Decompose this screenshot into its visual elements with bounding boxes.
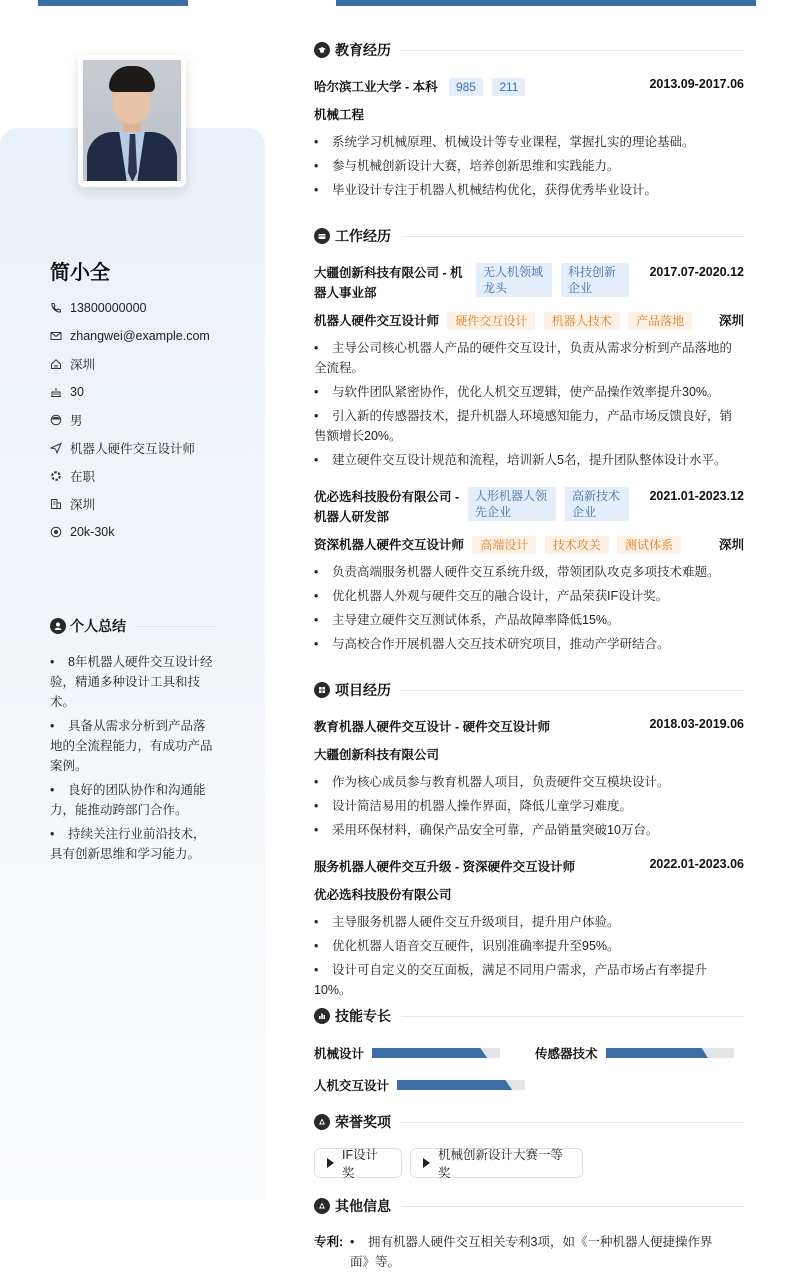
work-title: 工作经历 bbox=[335, 226, 391, 246]
other-section-header: 其他信息 bbox=[314, 1196, 744, 1216]
job-date: 2021.01-2023.12 bbox=[649, 487, 744, 505]
info-phone: 13800000000 bbox=[50, 294, 210, 322]
list-item: •作为核心成员参与教育机器人项目，负责硬件交互模块设计。 bbox=[314, 772, 744, 792]
school-tag: 211 bbox=[492, 78, 525, 96]
play-triangle-icon bbox=[423, 1158, 430, 1168]
status-icon bbox=[50, 470, 62, 482]
company-name: 优必选科技股份有限公司 - 机器人研发部 bbox=[314, 487, 464, 527]
list-item: •采用环保材料，确保产品安全可靠，产品销量突破10万台。 bbox=[314, 820, 744, 840]
divider bbox=[401, 1122, 744, 1123]
info-status: 在职 bbox=[50, 462, 210, 490]
divider bbox=[401, 1016, 744, 1017]
skill-item: 机械设计 bbox=[314, 1044, 500, 1062]
list-item: •与软件团队紧密协作，优化人机交互逻辑，使产品操作效率提升30%。 bbox=[314, 382, 744, 402]
projects-title: 项目经历 bbox=[335, 680, 391, 700]
contact-info-list: 13800000000 zhangwei@example.com 深圳 30 男… bbox=[50, 294, 210, 546]
job-city: 深圳 bbox=[719, 311, 744, 329]
award-label: IF设计奖 bbox=[342, 1145, 389, 1181]
skill-name: 机械设计 bbox=[314, 1044, 364, 1062]
award-label: 机械创新设计大赛一等奖 bbox=[438, 1145, 570, 1181]
skill-level-fill bbox=[606, 1048, 708, 1058]
job-bullets: •负责高端服务机器人硬件交互系统升级，带领团队攻克多项技术难题。 •优化机器人外… bbox=[314, 562, 744, 658]
info-email: zhangwei@example.com bbox=[50, 322, 210, 350]
list-item: •良好的团队协作和沟通能力，能推动跨部门合作。 bbox=[50, 780, 216, 820]
skill-bar bbox=[397, 1080, 525, 1090]
project-header-row: 服务机器人硬件交互升级 - 资深硬件交互设计师 2022.01-2023.06 bbox=[314, 857, 744, 875]
info-age-value: 30 bbox=[70, 385, 84, 399]
list-item: •引入新的传感器技术，提升机器人环境感知能力，产品市场反馈良好，销售额增长20%… bbox=[314, 406, 744, 446]
list-item: •负责高端服务机器人硬件交互系统升级，带领团队攻克多项技术难题。 bbox=[314, 562, 744, 582]
job-header-row: 优必选科技股份有限公司 - 机器人研发部 人形机器人领先企业 高新技术企业 20… bbox=[314, 487, 744, 527]
skill-bar bbox=[606, 1048, 734, 1058]
briefcase-icon bbox=[314, 228, 330, 244]
company-tag: 人形机器人领先企业 bbox=[468, 487, 556, 521]
project-bullets: •作为核心成员参与教育机器人项目，负责硬件交互模块设计。 •设计简洁易用的机器人… bbox=[314, 772, 744, 844]
job-city: 深圳 bbox=[719, 535, 744, 553]
patent-row: 专利: •拥有机器人硬件交互相关专利3项，如《一种机器人便捷操作界面》等。 bbox=[314, 1232, 744, 1272]
top-accent-bar-left bbox=[38, 0, 188, 6]
summary-list: •8年机器人硬件交互设计经验，精通多种设计工具和技术。 •具备从需求分析到产品落… bbox=[50, 652, 216, 868]
info-age: 30 bbox=[50, 378, 210, 406]
skill-level-fill bbox=[397, 1080, 512, 1090]
divider bbox=[401, 690, 744, 691]
job-role: 机器人硬件交互设计师 bbox=[314, 314, 439, 328]
skill-bar bbox=[372, 1048, 500, 1058]
list-item: •建立硬件交互设计规范和流程，培训新人5名，提升团队整体设计水平。 bbox=[314, 450, 744, 470]
info-location: 深圳 bbox=[50, 350, 210, 378]
job-role-row: 机器人硬件交互设计师 硬件交互设计 机器人技术 产品落地 深圳 bbox=[314, 311, 744, 330]
role-tag: 产品落地 bbox=[628, 312, 692, 330]
age-icon bbox=[50, 386, 62, 398]
other-title: 其他信息 bbox=[335, 1196, 391, 1216]
top-accent-bar-right bbox=[336, 0, 756, 6]
list-item: •设计可自定义的交互面板，满足不同用户需求，产品市场占有率提升10%。 bbox=[314, 960, 744, 1000]
divider bbox=[401, 236, 744, 237]
list-item: •与高校合作开展机器人交互技术研究项目，推动产学研结合。 bbox=[314, 634, 744, 654]
projects-section-header: 项目经历 bbox=[314, 680, 744, 700]
user-icon bbox=[50, 618, 66, 634]
list-item: •持续关注行业前沿技术，具有创新思维和学习能力。 bbox=[50, 824, 216, 864]
job-role: 资深机器人硬件交互设计师 bbox=[314, 538, 464, 552]
profile-photo bbox=[83, 60, 181, 181]
role-tag: 测试体系 bbox=[617, 536, 681, 554]
skill-name: 人机交互设计 bbox=[314, 1076, 389, 1094]
info-city: 深圳 bbox=[50, 490, 210, 518]
education-date: 2013.09-2017.06 bbox=[649, 77, 744, 91]
info-position: 机器人硬件交互设计师 bbox=[50, 434, 210, 462]
info-icon bbox=[314, 1198, 330, 1214]
skills-section-header: 技能专长 bbox=[314, 1006, 744, 1026]
project-company: 优必选科技股份有限公司 bbox=[314, 885, 452, 903]
list-item: •优化机器人语音交互硬件，识别准确率提升至95%。 bbox=[314, 936, 744, 956]
project-header-row: 教育机器人硬件交互设计 - 硬件交互设计师 2018.03-2019.06 bbox=[314, 717, 744, 735]
salary-icon bbox=[50, 526, 62, 538]
job-bullets: •主导公司核心机器人产品的硬件交互设计，负责从需求分析到产品落地的全流程。 •与… bbox=[314, 338, 744, 474]
divider bbox=[136, 626, 216, 627]
skills-title: 技能专长 bbox=[335, 1006, 391, 1026]
info-gender: 男 bbox=[50, 406, 210, 434]
candidate-name: 简小全 bbox=[50, 256, 110, 285]
info-phone-value: 13800000000 bbox=[70, 301, 146, 315]
send-icon bbox=[50, 442, 62, 454]
job-role-row: 资深机器人硬件交互设计师 高端设计 技术攻关 测试体系 深圳 bbox=[314, 535, 744, 554]
school-name: 哈尔滨工业大学 - 本科 bbox=[314, 80, 438, 94]
list-item: •设计简洁易用的机器人操作界面，降低儿童学习难度。 bbox=[314, 796, 744, 816]
gender-icon bbox=[50, 414, 62, 426]
project-date: 2022.01-2023.06 bbox=[649, 857, 744, 871]
school-tag: 985 bbox=[449, 78, 483, 96]
education-section-header: 教育经历 bbox=[314, 40, 744, 60]
skill-item: 人机交互设计 bbox=[314, 1076, 525, 1094]
skill-item: 传感器技术 bbox=[535, 1044, 734, 1062]
info-position-value: 机器人硬件交互设计师 bbox=[70, 439, 195, 457]
company-tag: 无人机领域龙头 bbox=[476, 263, 552, 297]
work-section-header: 工作经历 bbox=[314, 226, 744, 246]
project-name: 教育机器人硬件交互设计 - 硬件交互设计师 bbox=[314, 717, 550, 735]
mail-icon bbox=[50, 330, 62, 342]
info-salary-value: 20k-30k bbox=[70, 525, 114, 539]
skill-name: 传感器技术 bbox=[535, 1044, 598, 1062]
project-date: 2018.03-2019.06 bbox=[649, 717, 744, 731]
info-salary: 20k-30k bbox=[50, 518, 210, 546]
skill-level-fill bbox=[372, 1048, 487, 1058]
job-date: 2017.07-2020.12 bbox=[649, 263, 744, 281]
home-icon bbox=[50, 358, 62, 370]
divider bbox=[401, 1206, 744, 1207]
education-bullets: •系统学习机械原理、机械设计等专业课程，掌握扎实的理论基础。 •参与机械创新设计… bbox=[314, 132, 744, 204]
role-tag: 机器人技术 bbox=[544, 312, 620, 330]
company-tag: 科技创新企业 bbox=[561, 263, 629, 297]
patent-item: •拥有机器人硬件交互相关专利3项，如《一种机器人便捷操作界面》等。 bbox=[350, 1232, 730, 1272]
info-city-value: 深圳 bbox=[70, 495, 95, 513]
role-tag: 硬件交互设计 bbox=[447, 312, 535, 330]
building-icon bbox=[50, 498, 62, 510]
list-item: •参与机械创新设计大赛，培养创新思维和实践能力。 bbox=[314, 156, 744, 176]
list-item: •8年机器人硬件交互设计经验，精通多种设计工具和技术。 bbox=[50, 652, 216, 712]
grid-icon bbox=[314, 682, 330, 698]
award-item[interactable]: IF设计奖 bbox=[314, 1148, 402, 1178]
list-item: •优化机器人外观与硬件交互的融合设计，产品荣获IF设计奖。 bbox=[314, 586, 744, 606]
role-tag: 高端设计 bbox=[472, 536, 536, 554]
education-title: 教育经历 bbox=[335, 40, 391, 60]
info-email-value: zhangwei@example.com bbox=[70, 329, 210, 343]
list-item: •主导服务机器人硬件交互升级项目，提升用户体验。 bbox=[314, 912, 744, 932]
summary-title: 个人总结 bbox=[70, 616, 126, 636]
info-location-value: 深圳 bbox=[70, 355, 95, 373]
list-item: •具备从需求分析到产品落地的全流程能力，有成功产品案例。 bbox=[50, 716, 216, 776]
award-item[interactable]: 机械创新设计大赛一等奖 bbox=[410, 1148, 583, 1178]
list-item: •系统学习机械原理、机械设计等专业课程，掌握扎实的理论基础。 bbox=[314, 132, 744, 152]
company-name: 大疆创新科技有限公司 - 机器人事业部 bbox=[314, 263, 464, 303]
bar-chart-icon bbox=[314, 1008, 330, 1024]
company-tag: 高新技术企业 bbox=[565, 487, 629, 521]
divider bbox=[401, 50, 744, 51]
project-company: 大疆创新科技有限公司 bbox=[314, 745, 439, 763]
info-gender-value: 男 bbox=[70, 411, 83, 429]
awards-title: 荣誉奖项 bbox=[335, 1112, 391, 1132]
graduation-cap-icon bbox=[314, 42, 330, 58]
play-triangle-icon bbox=[327, 1158, 334, 1168]
major: 机械工程 bbox=[314, 105, 364, 123]
role-tag: 技术攻关 bbox=[545, 536, 609, 554]
award-icon bbox=[314, 1114, 330, 1130]
list-item: •主导建立硬件交互测试体系，产品故障率降低15%。 bbox=[314, 610, 744, 630]
project-name: 服务机器人硬件交互升级 - 资深硬件交互设计师 bbox=[314, 857, 575, 875]
list-item: •毕业设计专注于机器人机械结构优化，获得优秀毕业设计。 bbox=[314, 180, 744, 200]
list-item: •主导公司核心机器人产品的硬件交互设计，负责从需求分析到产品落地的全流程。 bbox=[314, 338, 744, 378]
education-header-row: 哈尔滨工业大学 - 本科 985 211 2013.09-2017.06 bbox=[314, 77, 744, 96]
info-status-value: 在职 bbox=[70, 467, 95, 485]
awards-section-header: 荣誉奖项 bbox=[314, 1112, 744, 1132]
summary-section-header: 个人总结 bbox=[50, 616, 216, 636]
project-bullets: •主导服务机器人硬件交互升级项目，提升用户体验。 •优化机器人语音交互硬件，识别… bbox=[314, 912, 744, 1004]
patent-label: 专利: bbox=[314, 1232, 350, 1272]
avatar bbox=[78, 55, 186, 187]
phone-icon bbox=[50, 302, 62, 314]
job-header-row: 大疆创新科技有限公司 - 机器人事业部 无人机领域龙头 科技创新企业 2017.… bbox=[314, 263, 744, 303]
